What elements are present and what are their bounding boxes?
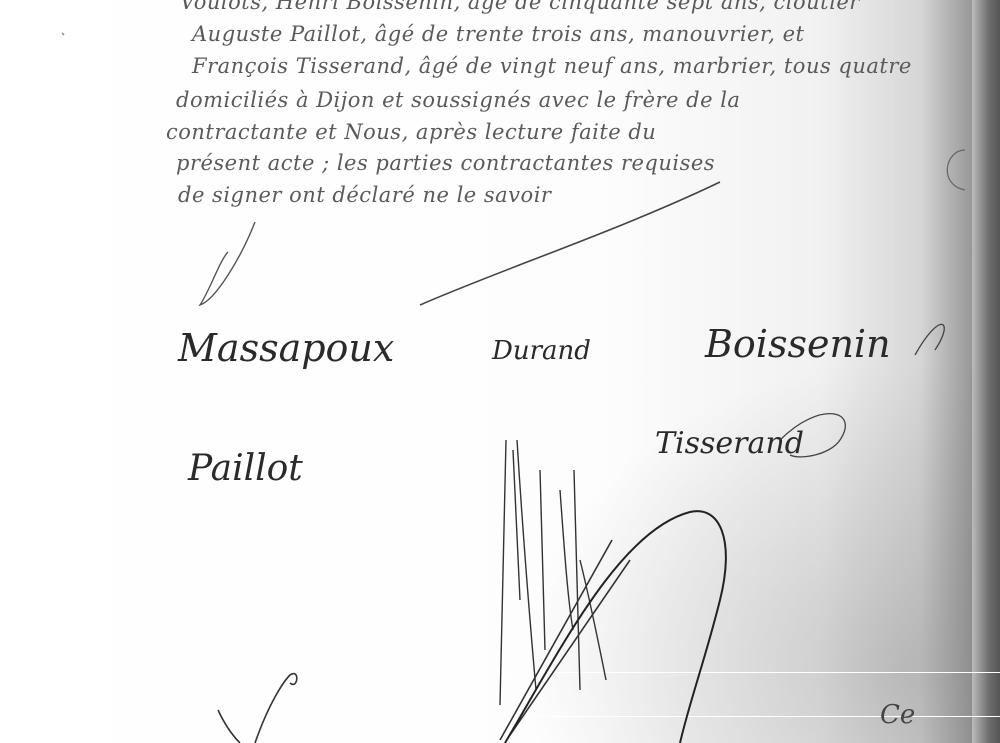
ink-flourishes	[0, 0, 1000, 743]
scanned-document-page: Voulots, Henri Boissenin, âgé de cinquan…	[0, 0, 1000, 743]
